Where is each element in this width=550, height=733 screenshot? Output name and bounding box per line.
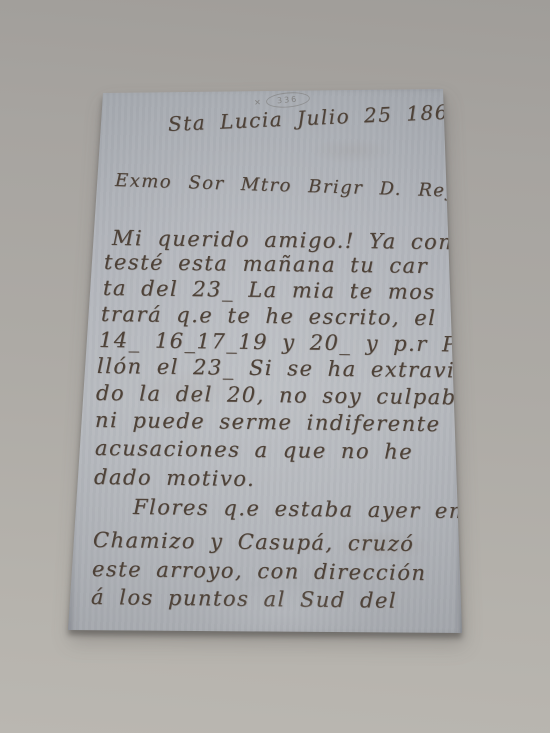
handwritten-line: este arroyo, con dirección [92, 557, 427, 587]
letter-paper-shadow-wrap: ✕ 336 Sta Lucia Julio 25 1864 Exmo Sor M… [68, 84, 462, 640]
handwritten-line: do la del 20, no soy culpable [96, 381, 479, 412]
handwritten-line: dado motivo. [94, 465, 256, 493]
handwritten-line: ni puede serme indiferente [95, 408, 441, 438]
pencil-x-mark: ✕ [254, 98, 261, 107]
handwritten-line: á los puntos al Sud del [91, 585, 397, 615]
handwritten-line: acusaciones a que no he [95, 436, 413, 466]
salutation: Exmo Sor Mtro Brigr D. Reye Lanus, [115, 170, 550, 205]
letter-paper: ✕ 336 Sta Lucia Julio 25 1864 Exmo Sor M… [68, 84, 462, 640]
handwritten-line: Chamizo y Casupá, cruzó [93, 528, 415, 558]
dateline: Sta Lucia Julio 25 1864 [167, 99, 463, 136]
handwritten-line: testé esta mañana tu car [104, 250, 428, 280]
handwritten-line: llón el 23_ Si se ha extravia [97, 354, 470, 385]
photo-background: ✕ 336 Sta Lucia Julio 25 1864 Exmo Sor M… [0, 0, 550, 733]
handwritten-line: Flores q.e estaba ayer entre [133, 495, 500, 525]
handwritten-line: ta del 23_ La mia te mos [103, 276, 436, 306]
